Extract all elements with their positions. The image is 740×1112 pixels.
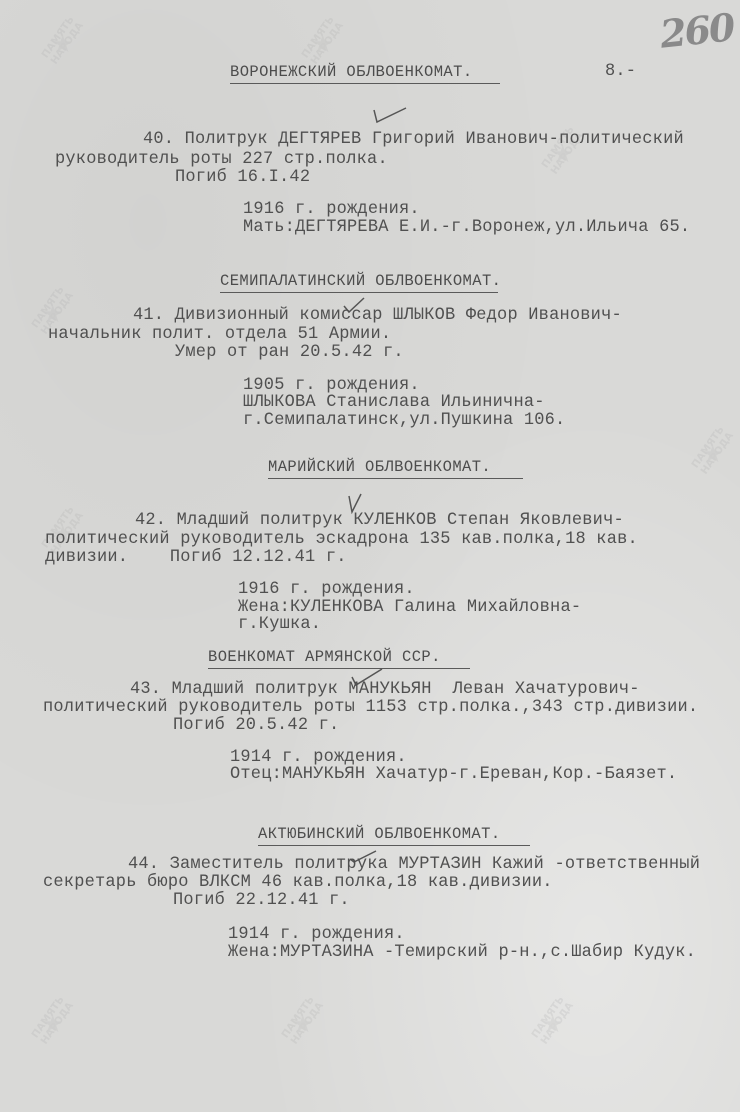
watermark-stamp: ★ПАМЯТЬ НАРОДА xyxy=(30,1010,80,1100)
watermark-stamp: ★ПАМЯТЬ НАРОДА xyxy=(540,140,590,230)
checkmark-icon xyxy=(368,104,408,126)
entry-line: дивизии. Погиб 12.12.41 г. xyxy=(45,548,347,569)
section-heading: ВОЕНКОМАТ АРМЯНСКОЙ ССР. xyxy=(208,647,470,669)
entry-line: Погиб 22.12.41 г. xyxy=(173,891,350,912)
entry-line: 41. Дивизионный комиссар ШЛЫКОВ Федор Ив… xyxy=(133,306,622,327)
entry-line: 40. Политрук ДЕГТЯРЕВ Григорий Иванович-… xyxy=(143,130,684,151)
section-heading: АКТЮБИНСКИЙ ОБЛВОЕНКОМАТ. xyxy=(258,824,530,846)
watermark-stamp: ★ПАМЯТЬ НАРОДА xyxy=(280,1010,330,1100)
relative-line: Мать:ДЕГТЯРЕВА Е.И.-г.Воронеж,ул.Ильича … xyxy=(243,218,690,239)
watermark-stamp: ★ПАМЯТЬ НАРОДА xyxy=(530,1010,580,1100)
relative-line: Жена:МУРТАЗИНА -Темирский р-н.,с.Шабир К… xyxy=(228,943,696,964)
entry-line: Умер от ран 20.5.42 г. xyxy=(175,343,404,364)
section-heading: МАРИЙСКИЙ ОБЛВОЕНКОМАТ. xyxy=(268,457,523,479)
document-page: ★ПАМЯТЬ НАРОДА ★ПАМЯТЬ НАРОДА ★ПАМЯТЬ НА… xyxy=(0,0,740,1112)
watermark-stamp: ★ПАМЯТЬ НАРОДА xyxy=(40,30,90,120)
typed-page-number: 8.- xyxy=(605,62,636,83)
entry-line: политический руководитель роты 1153 стр.… xyxy=(43,698,698,719)
section-heading: СЕМИПАЛАТИНСКИЙ ОБЛВОЕНКОМАТ. xyxy=(220,271,498,293)
watermark-stamp: ★ПАМЯТЬ НАРОДА xyxy=(690,440,740,530)
relative-line: г.Кушка. xyxy=(238,615,321,636)
entry-line: Погиб 20.5.42 г. xyxy=(173,716,339,737)
section-heading: ВОРОНЕЖСКИЙ ОБЛВОЕНКОМАТ. xyxy=(230,62,500,84)
entry-line: 42. Младший политрук КУЛЕНКОВ Степан Яко… xyxy=(135,511,624,532)
relative-line: Отец:МАНУКЬЯН Хачатур-г.Ереван,Кор.-Баяз… xyxy=(230,765,677,786)
handwritten-page-number: 260 xyxy=(658,4,736,56)
entry-line: Погиб 16.I.42 xyxy=(175,168,310,189)
relative-line: г.Семипалатинск,ул.Пушкина 106. xyxy=(243,411,565,432)
